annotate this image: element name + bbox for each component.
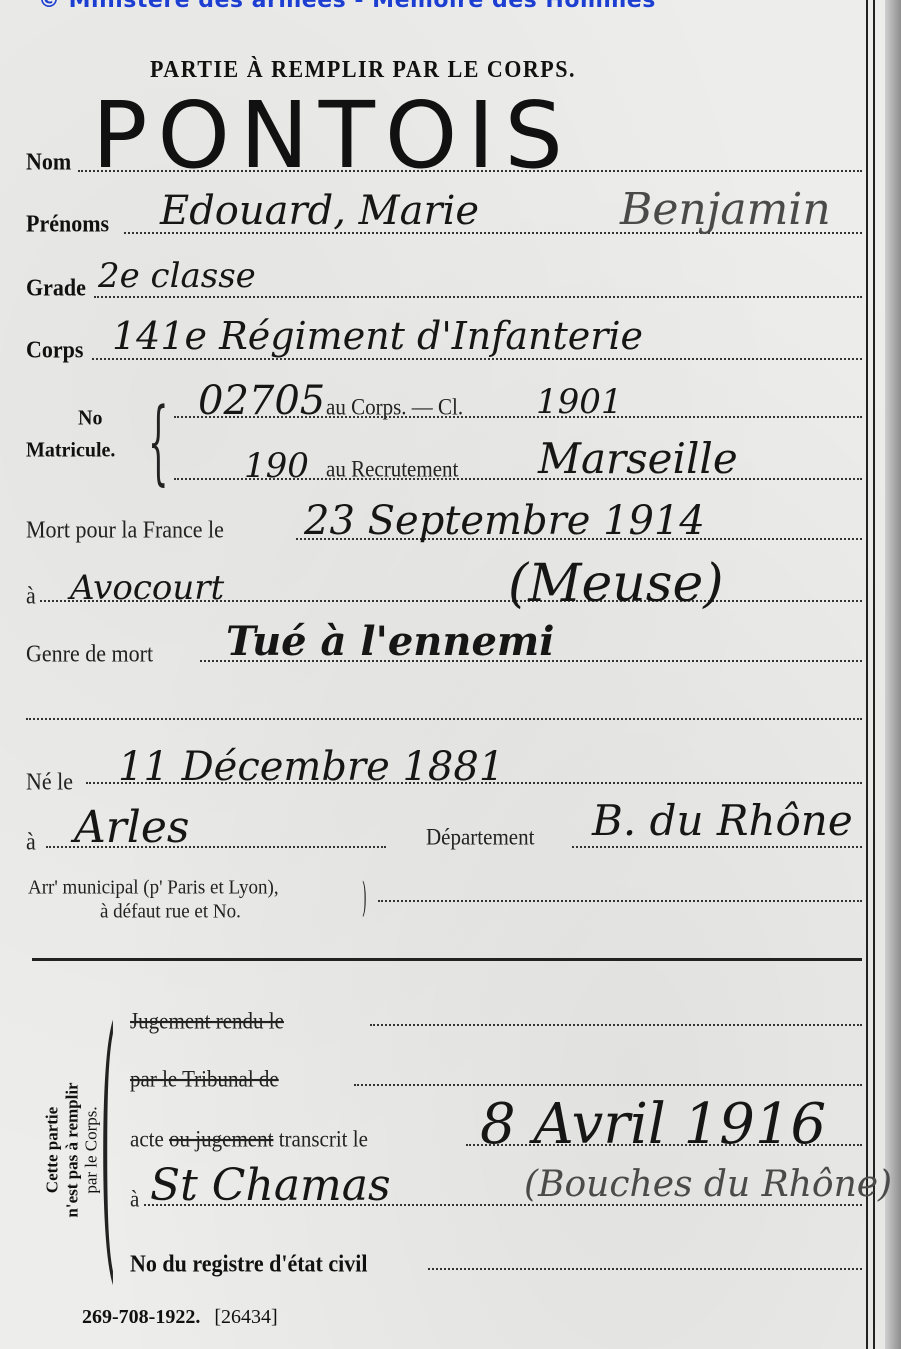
nom-line — [78, 170, 862, 172]
form-code: 269-708-1922. — [82, 1306, 200, 1328]
form-footer: 269-708-1922.[26434] — [82, 1306, 278, 1329]
lieu-mort-value: Avocourt — [70, 568, 224, 608]
transcription-lieu-value: St Chamas — [150, 1160, 391, 1211]
mort-label: Mort pour la France le — [26, 516, 224, 544]
copyright-watermark: © Ministère des armées - Mémoire des Hom… — [38, 0, 656, 13]
prenoms-value: Edouard, Marie — [160, 188, 479, 234]
page-edge-shadow — [885, 0, 901, 1349]
arrondissement-label: Arr' municipal (p' Paris et Lyon), — [28, 876, 279, 900]
mort-value: 23 Septembre 1914 — [304, 498, 705, 544]
department-label: Département — [426, 824, 534, 851]
blank-line — [26, 718, 862, 720]
matricule-corps-value: 02705 — [198, 378, 325, 424]
nom-value: PONTOIS — [92, 82, 573, 189]
document-page: © Ministère des armées - Mémoire des Hom… — [0, 0, 901, 1349]
section-separator — [32, 958, 862, 961]
acte-label-post: transcrit le — [279, 1126, 368, 1152]
margin-rule — [873, 0, 875, 1349]
side-note-line-2: n'est pas à remplir — [62, 1082, 82, 1217]
naissance-label: Né le — [26, 768, 73, 796]
arrondissement-brace: ) — [362, 878, 367, 918]
matricule-label: Matricule. — [26, 438, 115, 463]
side-note-line-1: Cette partie — [43, 1082, 63, 1217]
corps-line — [92, 358, 862, 360]
recrutement-place-value: Marseille — [538, 434, 738, 483]
department-line — [572, 846, 862, 848]
matricule-brace: { — [148, 396, 168, 488]
grade-line — [94, 296, 862, 298]
transcription-lieu-label: à — [130, 1186, 139, 1213]
lieu-naissance-value: Arles — [74, 802, 190, 853]
registre-line — [428, 1268, 862, 1270]
matricule-label-no: No — [78, 406, 102, 431]
prenoms-label: Prénoms — [26, 210, 109, 238]
acte-label: acte ou jugement transcrit le — [130, 1126, 368, 1153]
corps-label: Corps — [26, 336, 83, 364]
prenoms-value-extra: Benjamin — [620, 184, 831, 235]
grade-label: Grade — [26, 274, 86, 302]
arrondissement-label-2: à défaut rue et No. — [100, 900, 241, 924]
naissance-value: 11 Décembre 1881 — [118, 744, 504, 790]
grade-value: 2e classe — [98, 256, 256, 296]
acte-label-struck: ou jugement — [169, 1126, 273, 1152]
transcription-brace: ( — [100, 996, 116, 1286]
acte-label-pre: acte — [130, 1126, 164, 1152]
tribunal-line — [354, 1084, 862, 1086]
nom-label: Nom — [26, 148, 71, 176]
department-value: B. du Rhône — [592, 796, 853, 845]
genre-mort-label: Genre de mort — [26, 640, 153, 668]
transcription-lieu-department: (Bouches du Rhône) — [524, 1164, 892, 1205]
registre-label: No du registre d'état civil — [130, 1250, 368, 1278]
form-reference: [26434] — [214, 1306, 277, 1328]
jugement-label: Jugement rendu le — [130, 1008, 284, 1035]
matricule-corps-label: au Corps. — Cl. — [326, 394, 463, 421]
section-heading: PARTIE À REMPLIR PAR LE CORPS. — [150, 54, 576, 83]
side-note-line-3: par le Corps. — [82, 1082, 102, 1217]
lieu-naissance-label: à — [26, 828, 36, 856]
classe-value: 1901 — [536, 382, 623, 422]
tribunal-label: par le Tribunal de — [130, 1066, 279, 1093]
lieu-mort-department: (Meuse) — [508, 554, 724, 614]
matricule-recrutement-label: au Recrutement — [326, 456, 458, 483]
genre-mort-value: Tué à l'ennemi — [226, 618, 554, 665]
lieu-mort-label: à — [26, 582, 36, 610]
jugement-line — [370, 1024, 862, 1026]
margin-rule — [866, 0, 868, 1349]
acte-value: 8 Avril 1916 — [480, 1092, 826, 1157]
matricule-recrutement-value: 190 — [244, 446, 309, 486]
arrondissement-line — [378, 900, 862, 902]
corps-value: 141e Régiment d'Infanterie — [112, 314, 643, 358]
